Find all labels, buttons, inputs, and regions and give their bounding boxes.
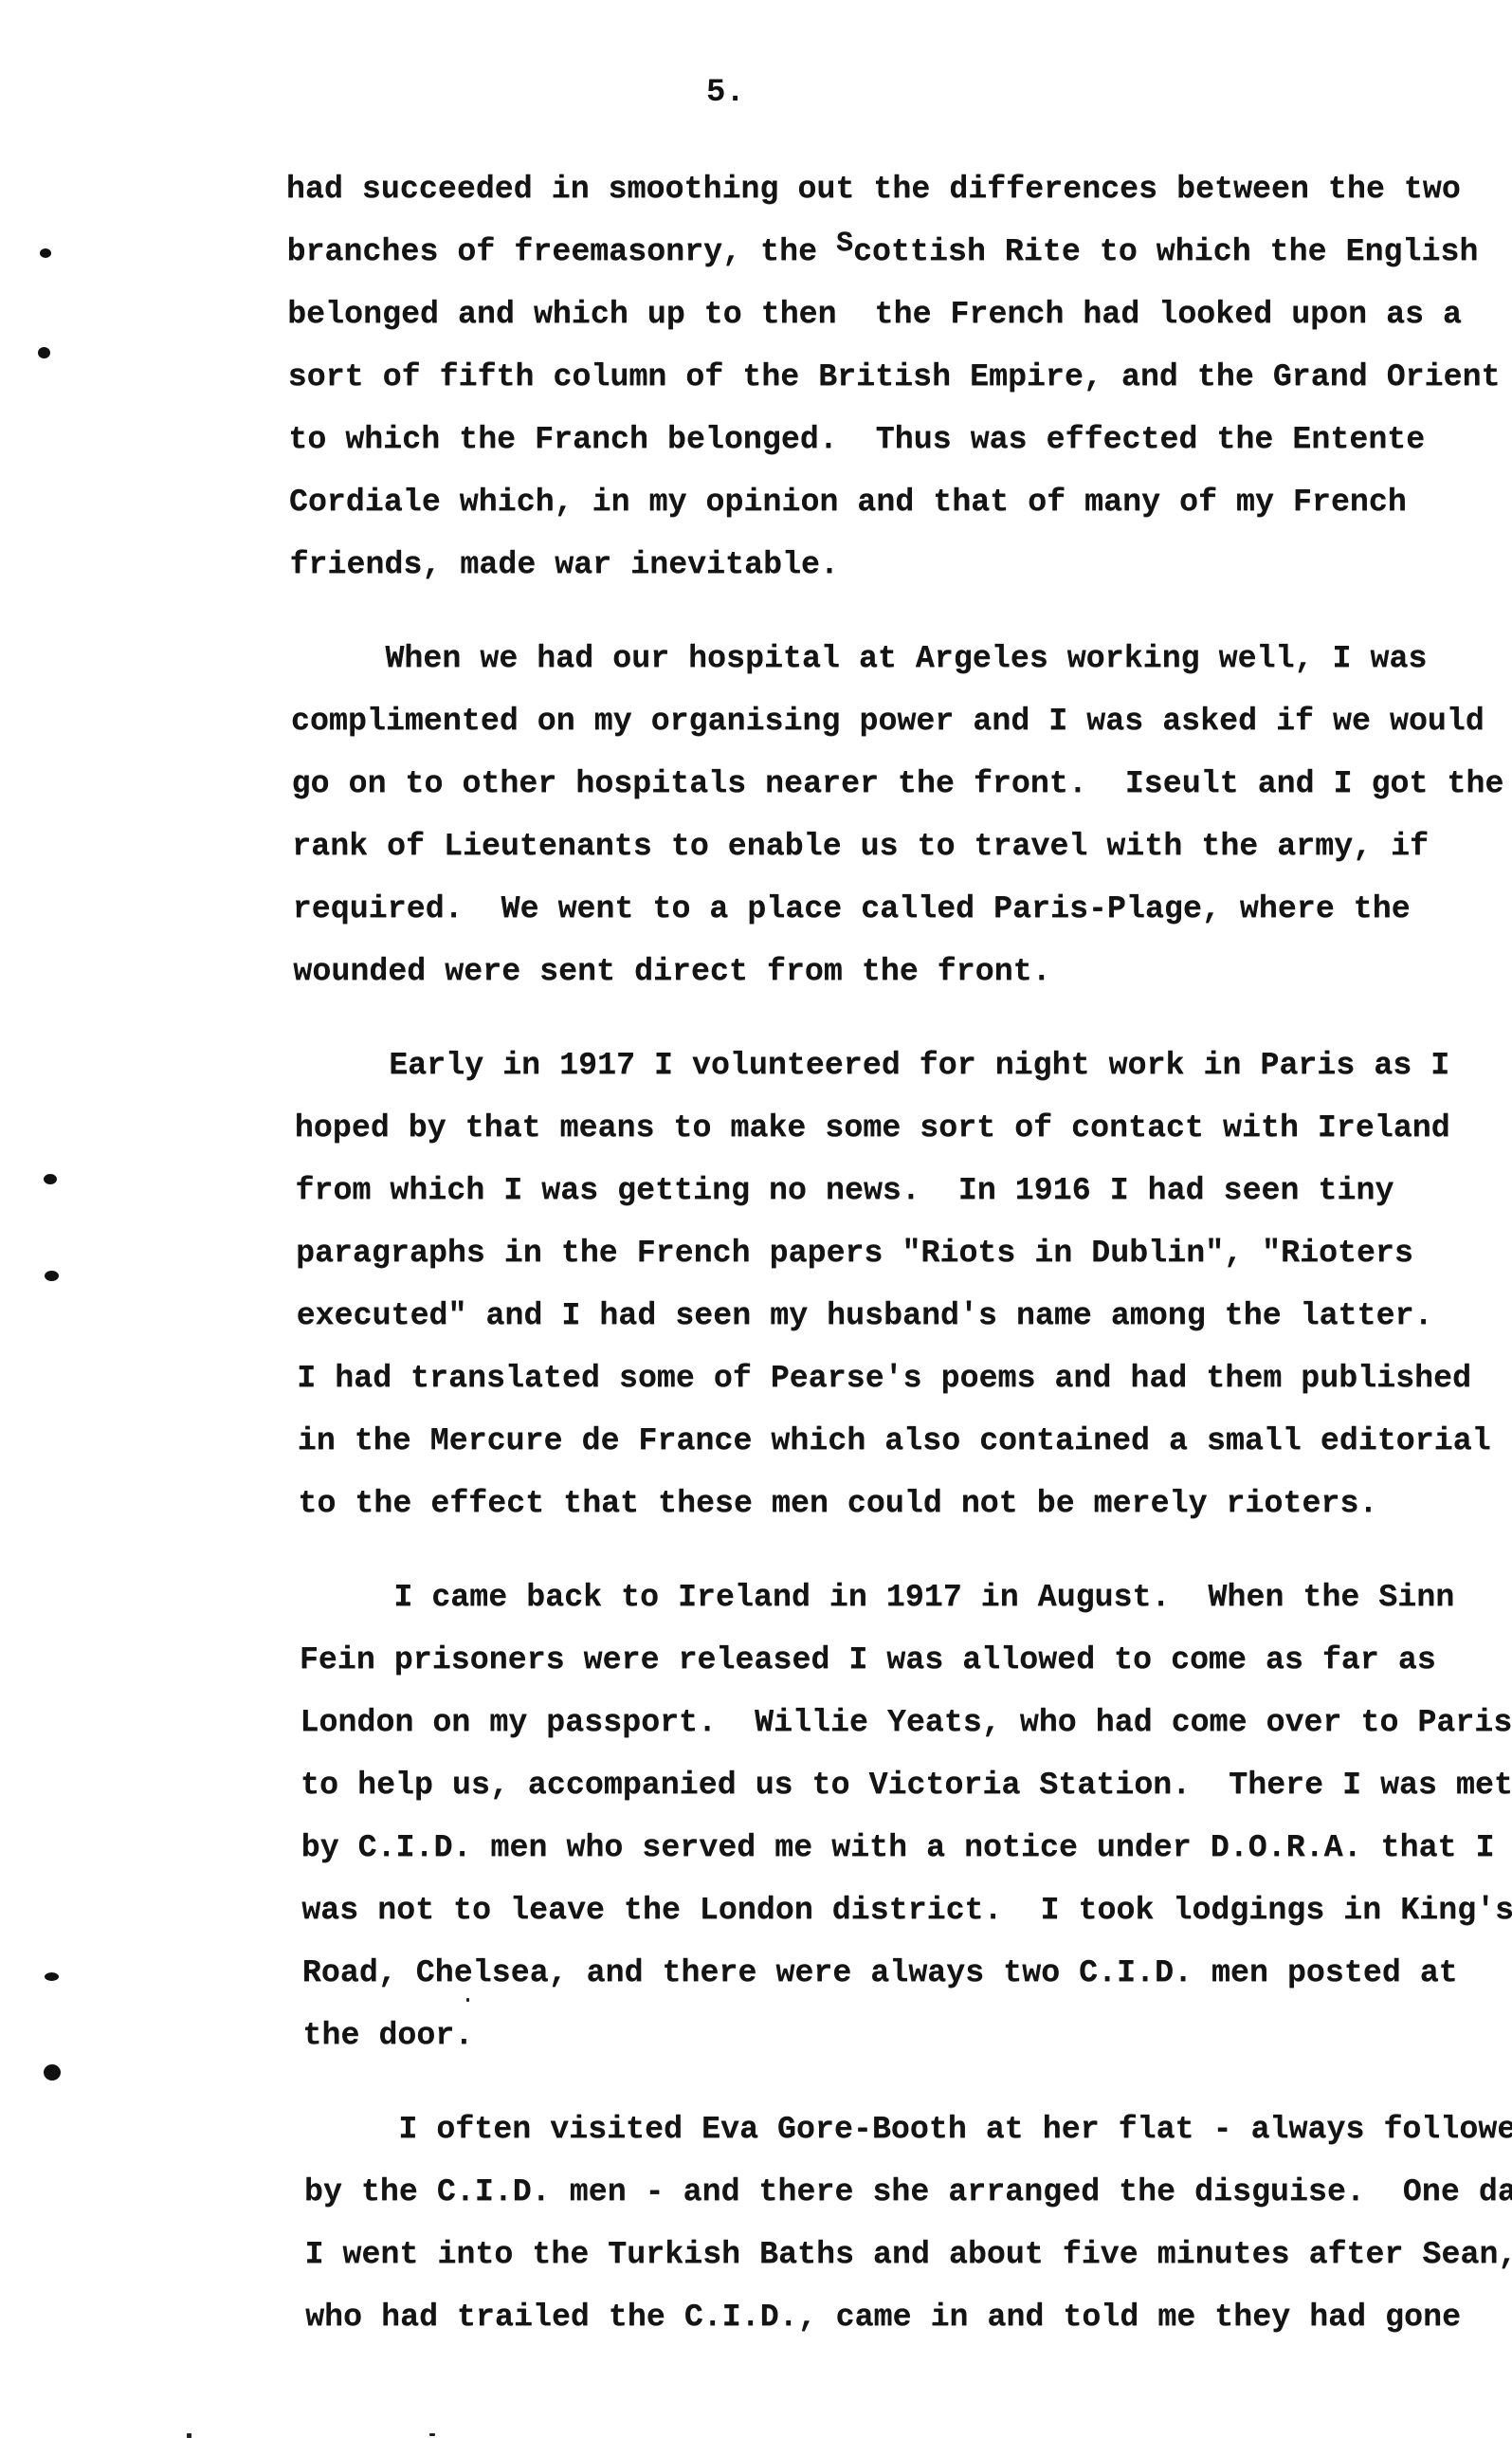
- text-line: Cordiale which, in my opinion and that o…: [289, 483, 1407, 521]
- scan-speck: [466, 1998, 469, 2002]
- margin-mark: [45, 1271, 59, 1281]
- text-line: sort of fifth column of the British Empi…: [288, 357, 1501, 395]
- text-line: by C.I.D. men who served me with a notic…: [301, 1828, 1495, 1866]
- text-line: Early in 1917 I volunteered for night wo…: [389, 1046, 1449, 1084]
- text-line: I often visited Eva Gore-Booth at her fl…: [398, 2110, 1512, 2148]
- text-line: When we had our hospital at Argeles work…: [385, 639, 1427, 677]
- text-line: required. We went to a place called Pari…: [293, 889, 1411, 927]
- margin-mark: [38, 347, 50, 358]
- text-line: to the effect that these men could not b…: [298, 1484, 1377, 1522]
- text-line: hoped by that means to make some sort of…: [295, 1109, 1450, 1146]
- text-line: I went into the Turkish Baths and about …: [305, 2235, 1512, 2273]
- text-line: in the Mercure de France which also cont…: [298, 1421, 1491, 1459]
- text-line: Road, Chelsea, and there were always two…: [302, 1953, 1458, 1991]
- text-line: to help us, accompanied us to Victoria S…: [301, 1766, 1512, 1804]
- margin-mark: [44, 2064, 61, 2081]
- text-line: who had trailed the C.I.D., came in and …: [305, 2298, 1461, 2336]
- margin-mark: [45, 1972, 59, 1981]
- scan-speck: [429, 2433, 435, 2436]
- raised-letter: S: [836, 228, 853, 260]
- text-line: complimented on my organising power and …: [291, 702, 1485, 740]
- margin-mark: [40, 248, 51, 258]
- text-line: the door.: [303, 2016, 474, 2054]
- margin-mark: [44, 1174, 57, 1184]
- scan-speck: [187, 2433, 191, 2438]
- text-line: paragraphs in the French papers "Riots i…: [296, 1234, 1413, 1272]
- text-line: branches of freemasonry, the Scottish Ri…: [287, 232, 1479, 270]
- text-line: had succeeded in smoothing out the diffe…: [286, 170, 1461, 208]
- text-line: I had translated some of Pearse's poems …: [297, 1359, 1471, 1397]
- text-line: from which I was getting no news. In 191…: [296, 1171, 1394, 1209]
- text-line: rank of Lieutenants to enable us to trav…: [292, 827, 1429, 865]
- page-number: 5.: [706, 74, 745, 112]
- typewritten-page: 5. had succeeded in smoothing out the di…: [0, 0, 1512, 2438]
- text-line: friends, made war inevitable.: [290, 545, 839, 583]
- text-line: London on my passport. Willie Yeats, who…: [301, 1703, 1512, 1741]
- text-line: belonged and which up to then the French…: [287, 295, 1462, 333]
- text-line: to which the Franch belonged. Thus was e…: [288, 420, 1425, 458]
- text-line: was not to leave the London district. I …: [301, 1891, 1512, 1929]
- text-line: by the C.I.D. men - and there she arrang…: [304, 2172, 1512, 2210]
- text-line: executed" and I had seen my husband's na…: [297, 1296, 1433, 1334]
- text-line: go on to other hospitals nearer the fron…: [292, 764, 1504, 802]
- text-line: wounded were sent direct from the front.: [293, 952, 1050, 990]
- text-line: Fein prisoners were released I was allow…: [300, 1641, 1436, 1678]
- text-line: I came back to Ireland in 1917 in August…: [393, 1578, 1454, 1616]
